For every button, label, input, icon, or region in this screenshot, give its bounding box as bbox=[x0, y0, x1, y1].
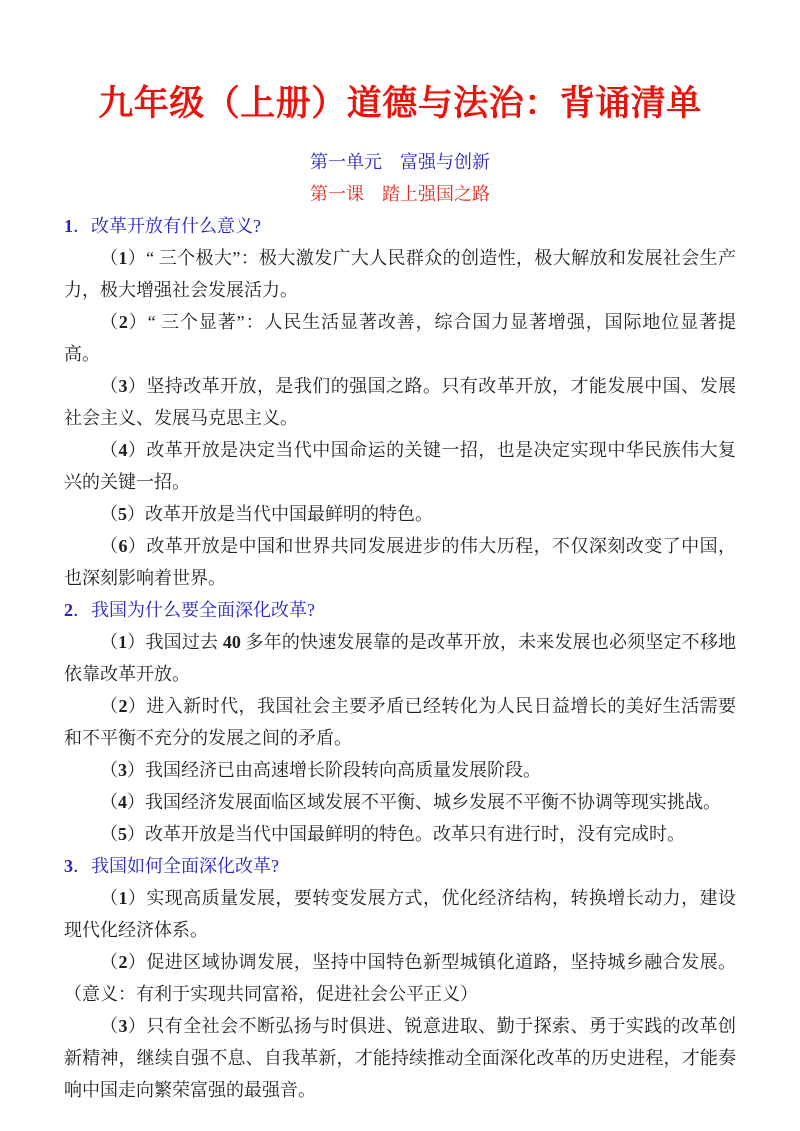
question-heading-1: 1．改革开放有什么意义? bbox=[64, 210, 736, 242]
answer-paragraph: （1）“ 三个极大”：极大激发广大人民群众的创造性，极大解放和发展社会生产力，极… bbox=[64, 242, 736, 306]
answer-paragraph: （3）只有全社会不断弘扬与时俱进、锐意进取、勤于探索、勇于实践的改革创新精神，继… bbox=[64, 1010, 736, 1106]
answer-paragraph: （5）改革开放是当代中国最鲜明的特色。改革只有进行时，没有完成时。 bbox=[64, 818, 736, 850]
question-block-1: 1．改革开放有什么意义? （1）“ 三个极大”：极大激发广大人民群众的创造性，极… bbox=[64, 210, 736, 594]
answer-paragraph: （2）进入新时代，我国社会主要矛盾已经转化为人民日益增长的美好生活需要和不平衡不… bbox=[64, 690, 736, 754]
answer-paragraph: （4）改革开放是决定当代中国命运的关键一招，也是决定实现中华民族伟大复兴的关键一… bbox=[64, 434, 736, 498]
answer-paragraph: （4）我国经济发展面临区域发展不平衡、城乡发展不平衡不协调等现实挑战。 bbox=[64, 786, 736, 818]
answer-paragraph: （3）坚持改革开放，是我们的强国之路。只有改革开放，才能发展中国、发展社会主义、… bbox=[64, 370, 736, 434]
answer-paragraph: （1）实现高质量发展，要转变发展方式，优化经济结构，转换增长动力，建设现代化经济… bbox=[64, 882, 736, 946]
question-block-3: 3．我国如何全面深化改革? （1）实现高质量发展，要转变发展方式，优化经济结构，… bbox=[64, 850, 736, 1106]
answer-paragraph: （3）我国经济已由高速增长阶段转向高质量发展阶段。 bbox=[64, 754, 736, 786]
answer-paragraph: （5）改革开放是当代中国最鲜明的特色。 bbox=[64, 498, 736, 530]
question-block-2: 2．我国为什么要全面深化改革? （1）我国过去 40 多年的快速发展靠的是改革开… bbox=[64, 594, 736, 850]
document-title: 九年级（上册）道德与法治：背诵清单 bbox=[64, 80, 736, 128]
question-heading-3: 3．我国如何全面深化改革? bbox=[64, 850, 736, 882]
question-heading-2: 2．我国为什么要全面深化改革? bbox=[64, 594, 736, 626]
answer-paragraph: （6）改革开放是中国和世界共同发展进步的伟大历程，不仅深刻改变了中国，也深刻影响… bbox=[64, 530, 736, 594]
unit-heading: 第一单元 富强与创新 bbox=[64, 146, 736, 178]
answer-paragraph: （1）我国过去 40 多年的快速发展靠的是改革开放，未来发展也必须坚定不移地依靠… bbox=[64, 626, 736, 690]
answer-paragraph: （2）“ 三个显著”：人民生活显著改善，综合国力显著增强，国际地位显著提高。 bbox=[64, 306, 736, 370]
lesson-heading: 第一课 踏上强国之路 bbox=[64, 178, 736, 210]
document-page: 九年级（上册）道德与法治：背诵清单 第一单元 富强与创新 第一课 踏上强国之路 … bbox=[0, 0, 800, 1131]
answer-paragraph: （2）促进区域协调发展，坚持中国特色新型城镇化道路，坚持城乡融合发展。（意义：有… bbox=[64, 946, 736, 1010]
